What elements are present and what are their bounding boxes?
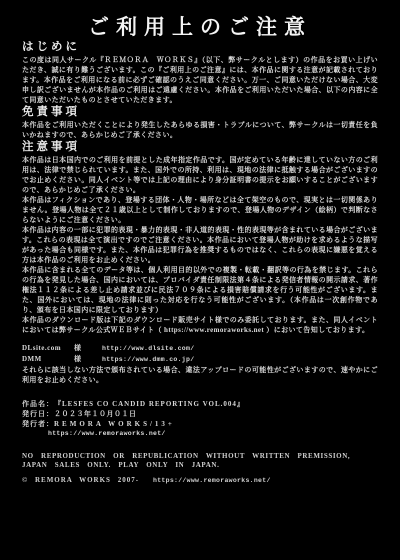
copyright-url: https://www.remoraworks.net/	[153, 476, 271, 486]
site-url: http://www.dlsite.com/	[102, 344, 194, 354]
section-disclaimer: 免責事項 本作品をご利用いただくことにより発生したあらゆる損害・トラブルについて…	[22, 105, 378, 140]
list-item-dlsite: DLsite.com 様 http://www.dlsite.com/	[22, 343, 378, 354]
colophon: 作品名： 『LESFES CO CANDID REPORTING VOL.004…	[22, 399, 378, 439]
site-honorific: 様	[74, 343, 102, 353]
site-name: DLsite.com	[22, 343, 74, 353]
section-heading-cautions: 注意事項	[22, 140, 378, 155]
colophon-publisher-row: 発行者： REMORA WORKS/13+	[22, 419, 378, 429]
work-title-value: 『LESFES CO CANDID REPORTING VOL.004』	[54, 399, 245, 409]
site-honorific: 様	[74, 354, 102, 364]
publisher-label: 発行者：	[22, 419, 54, 429]
site-url: https://www.dmm.co.jp/	[102, 355, 194, 365]
legal-notice: NO REPRODUCTION OR REPUBLICATION WITHOUT…	[22, 452, 378, 469]
colophon-issue-date-row: 発行日： ２０２３年１０月０１日	[22, 409, 378, 419]
caution-paragraph-age-restriction: 本作品は日本国内でのご利用を前提とした成年指定作品です。国が定めている年齢に達し…	[22, 155, 378, 195]
section-heading-disclaimer: 免責事項	[22, 105, 378, 120]
colophon-url-row: https://www.remoraworks.net/	[22, 429, 378, 439]
caution-paragraph-download-version: 本作品のダウンロード版は下記のダウンロード販売サイト様でのみ委託しております。ま…	[22, 315, 378, 335]
caution-paragraph-copyright: 本作品に含まれる全てのデータ等は、個人利用目的以外での複製・転載・翻訳等の行為を…	[22, 265, 378, 315]
page-title: ご利用上のご注意	[22, 14, 378, 40]
usage-notice-page: ご利用上のご注意 はじめに この度は同人サークル『ＲＥＭＯＲＡ ＷＯＲＫＳ』（以…	[0, 0, 400, 560]
site-name: DMM	[22, 354, 74, 364]
introduction-paragraph: この度は同人サークル『ＲＥＭＯＲＡ ＷＯＲＫＳ』（以下、弊サークルとします）の作…	[22, 55, 378, 105]
issue-date-label: 発行日：	[22, 409, 54, 419]
section-heading-introduction: はじめに	[22, 40, 378, 55]
issue-date-value: ２０２３年１０月０１日	[54, 409, 137, 419]
caution-paragraph-fiction: 本作品はフィクションであり、登場する団体・人物・場所などは全て架空のもので、現実…	[22, 195, 378, 225]
list-item-dmm: DMM 様 https://www.dmm.co.jp/	[22, 354, 378, 365]
colophon-work-title-row: 作品名： 『LESFES CO CANDID REPORTING VOL.004…	[22, 399, 378, 409]
legal-notice-line1: NO REPRODUCTION OR REPUBLICATION WITHOUT…	[22, 452, 378, 461]
copyright-text: © REMORA WORKS 2007-	[22, 475, 139, 485]
caution-paragraph-expressions: 本作品は内容の一部に犯罪的表現・暴力的表現・非人道的表現・性的表現等が含まれてい…	[22, 225, 378, 265]
section-introduction: はじめに この度は同人サークル『ＲＥＭＯＲＡ ＷＯＲＫＳ』（以下、弊サークルとし…	[22, 40, 378, 105]
download-site-list: DLsite.com 様 http://www.dlsite.com/ DMM …	[22, 343, 378, 365]
publisher-value: REMORA WORKS/13+	[54, 419, 175, 429]
section-cautions: 注意事項 本作品は日本国内でのご利用を前提とした成年指定作品です。国が定めている…	[22, 140, 378, 385]
publisher-url: https://www.remoraworks.net/	[48, 429, 166, 439]
work-title-label: 作品名：	[22, 399, 54, 409]
illegal-upload-warning: それらに該当しない方法で頒布されている場合、違法アップロードの可能性がございます…	[22, 365, 378, 385]
disclaimer-paragraph: 本作品をご利用いただくことにより発生したあらゆる損害・トラブルについて、弊サーク…	[22, 120, 378, 140]
copyright-line: © REMORA WORKS 2007- https://www.remoraw…	[22, 475, 378, 486]
legal-notice-line2: JAPAN SALES ONLY. PLAY ONLY IN JAPAN.	[22, 461, 378, 470]
